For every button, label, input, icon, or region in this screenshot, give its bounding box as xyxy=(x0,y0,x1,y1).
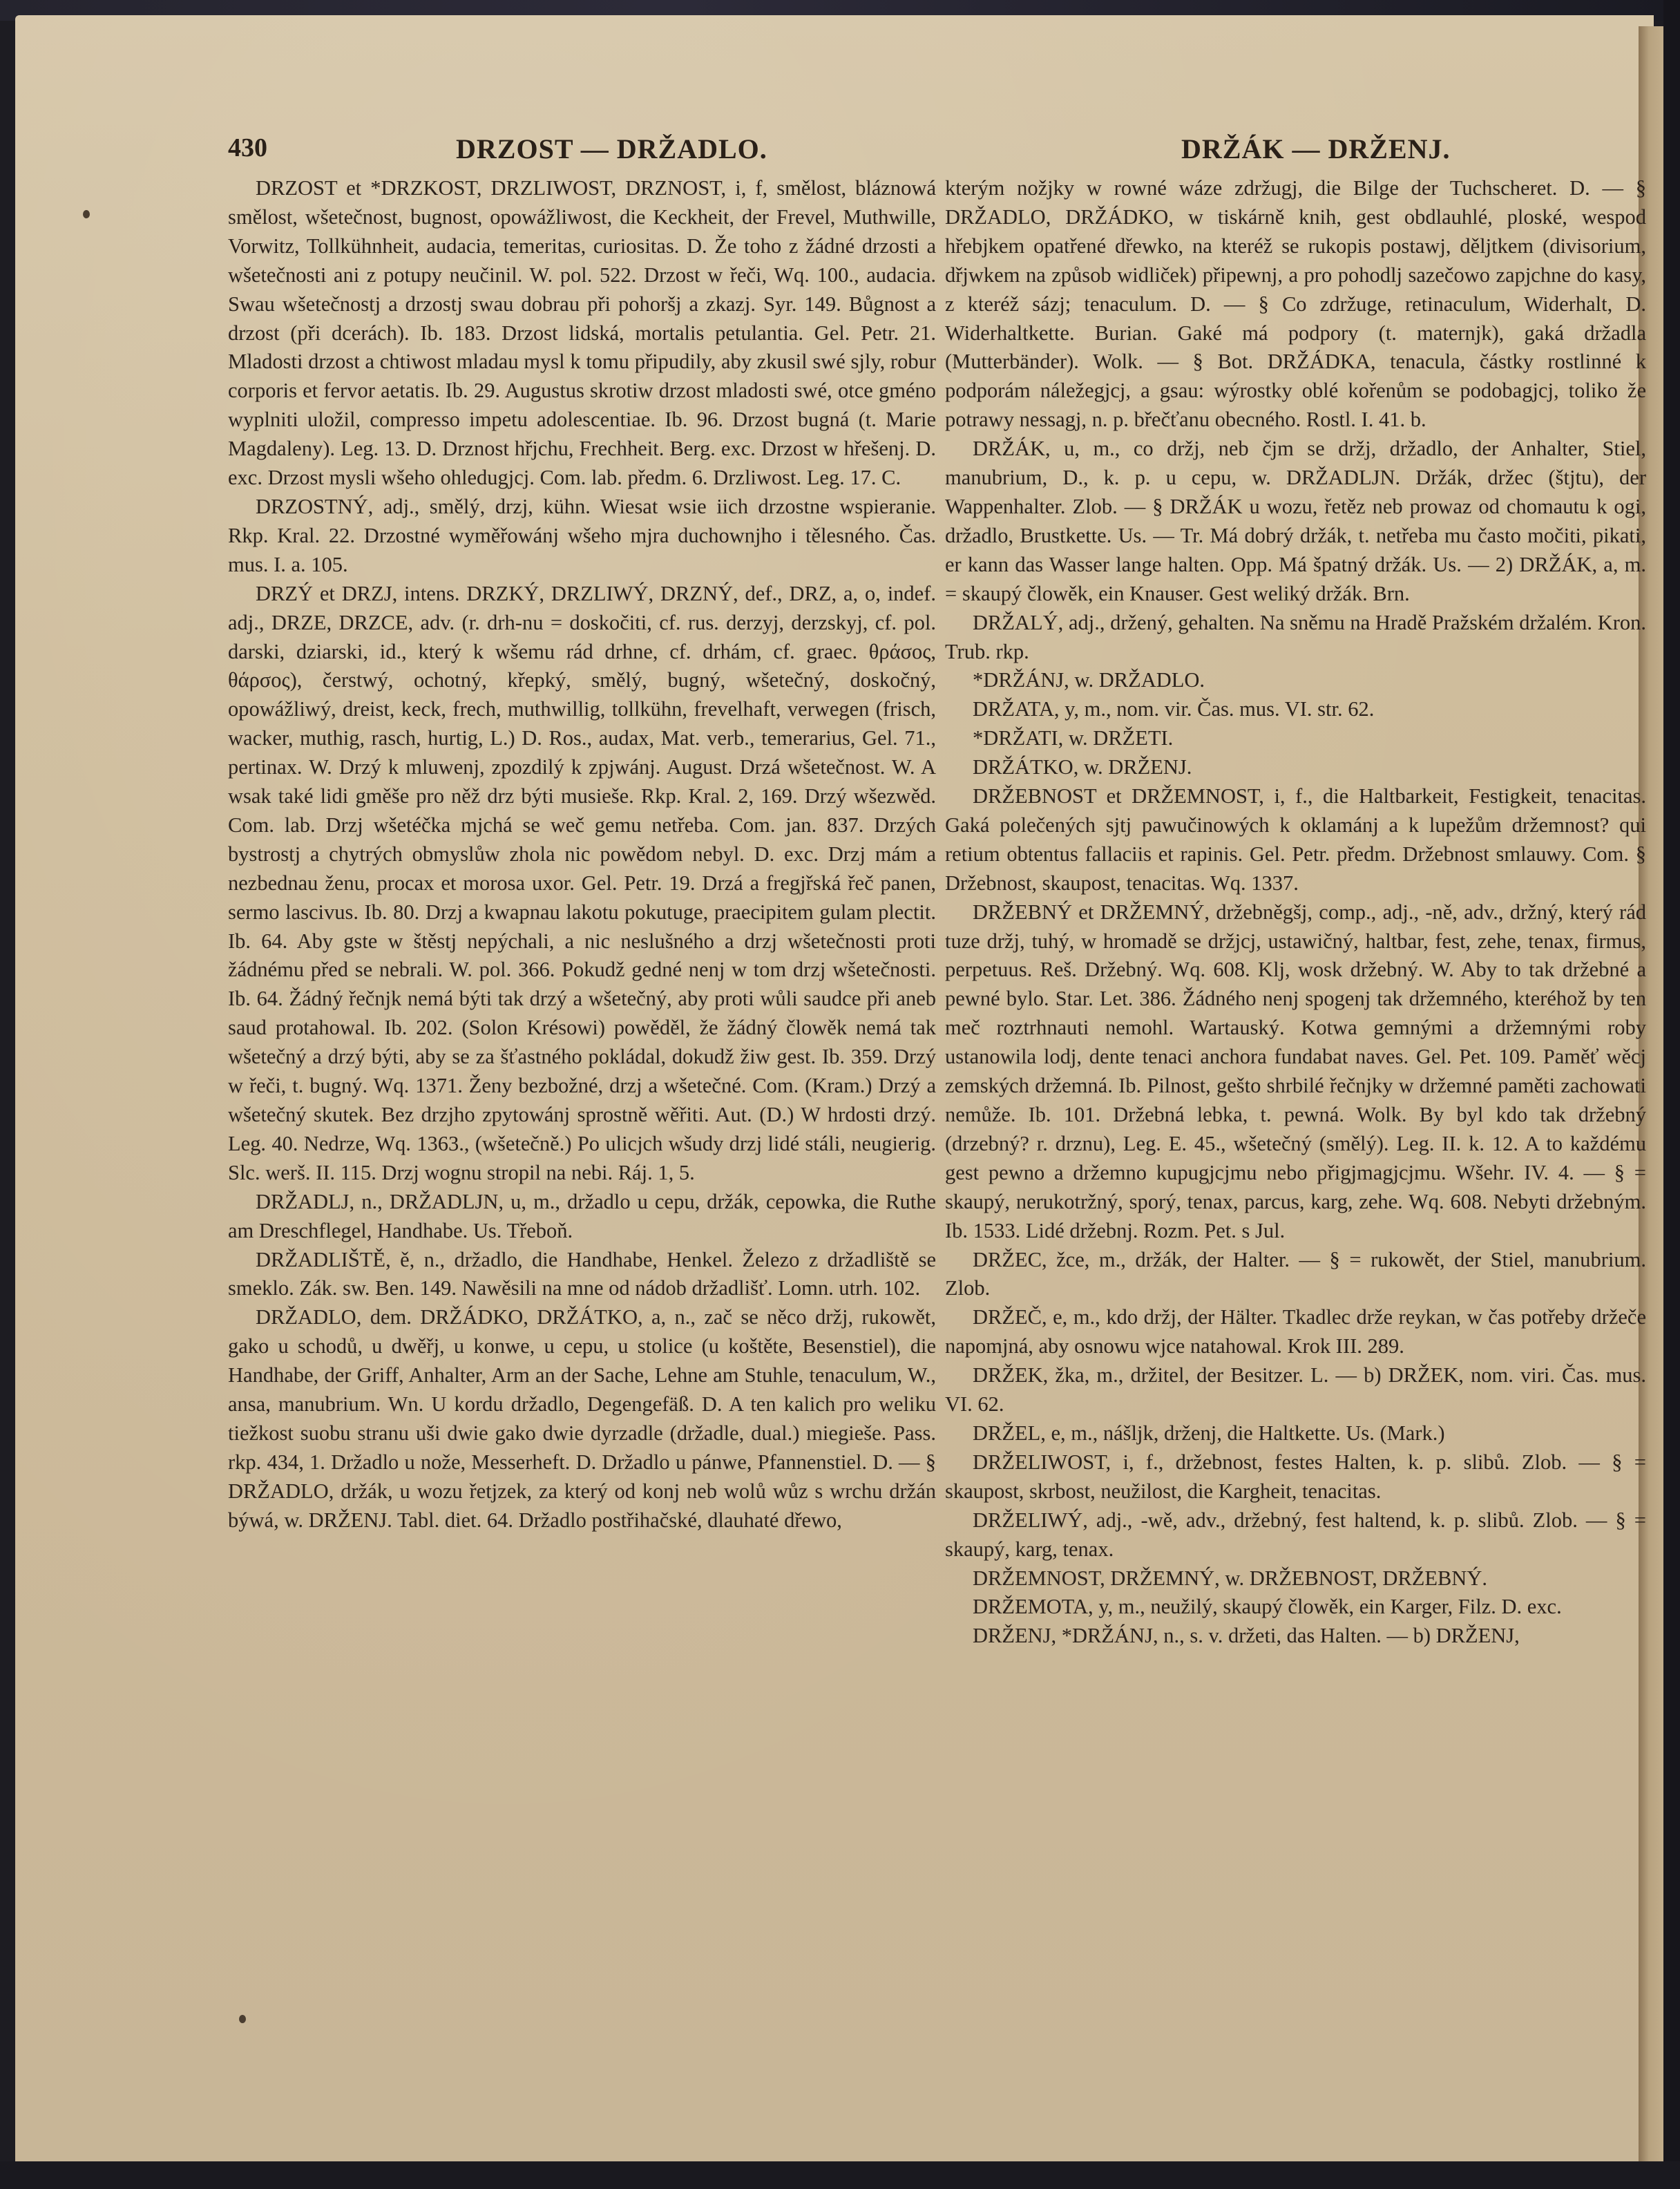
paper-speck xyxy=(239,2015,246,2023)
entry-drzemnost: DRŽEMNOST, DRŽEMNÝ, w. DRŽEBNOST, DRŽEBN… xyxy=(945,1564,1646,1593)
running-head-right: DRŽÁK — DRŽENJ. xyxy=(1181,133,1450,165)
scan-right-border xyxy=(1663,0,1680,2189)
entry-drzati: *DRŽATI, w. DRŽETI. xyxy=(945,724,1646,753)
entry-drzek: DRŽEK, žka, m., držitel, der Besitzer. L… xyxy=(945,1361,1646,1419)
entry-drzaly: DRŽALÝ, adj., držený, gehalten. Na sněmu… xyxy=(945,609,1646,667)
entry-drzy: DRZÝ et DRZJ, intens. DRZKÝ, DRZLIWÝ, DR… xyxy=(228,580,936,1188)
page-number: 430 xyxy=(228,133,267,163)
entry-drzebny: DRŽEBNÝ et DRŽEMNÝ, držebněgšj, comp., a… xyxy=(945,898,1646,1246)
entry-drzec-2: DRŽEČ, e, m., kdo držj, der Hälter. Tkad… xyxy=(945,1303,1646,1361)
entry-drzenj: DRŽENJ, *DRŽÁNJ, n., s. v. držeti, das H… xyxy=(945,1622,1646,1651)
entry-drzec: DRŽEC, žce, m., držák, der Halter. — § =… xyxy=(945,1246,1646,1304)
entry-drzebnost: DRŽEBNOST et DRŽEMNOST, i, f., die Haltb… xyxy=(945,782,1646,898)
entry-drzanj: *DRŽÁNJ, w. DRŽADLO. xyxy=(945,666,1646,695)
entry-drzata: DRŽATA, y, m., nom. vir. Čas. mus. VI. s… xyxy=(945,695,1646,724)
page-header: 430 DRZOST — DRŽADLO. DRŽÁK — DRŽENJ. xyxy=(228,133,1623,167)
entry-drzostny: DRZOSTNÝ, adj., smělý, drzj, kühn. Wiesa… xyxy=(228,493,936,580)
entry-drzatko: DRŽÁTKO, w. DRŽENJ. xyxy=(945,753,1646,782)
running-head-left: DRZOST — DRŽADLO. xyxy=(456,133,767,165)
scan-bottom-border xyxy=(0,2161,1680,2189)
entry-drzadlo-continued: kterým nožjky w rowné wáze zdržugj, die … xyxy=(945,174,1646,435)
entry-drzeliwost: DRŽELIWOST, i, f., držebnost, festes Hal… xyxy=(945,1448,1646,1506)
entry-drzost: DRZOST et *DRZKOST, DRZLIWOST, DRZNOST, … xyxy=(228,174,936,493)
entry-drzeliwy: DRŽELIWÝ, adj., -wě, adv., držebný, fest… xyxy=(945,1506,1646,1564)
right-column: kterým nožjky w rowné wáze zdržugj, die … xyxy=(945,174,1646,1651)
entry-drzadlj: DRŽADLJ, n., DRŽADLJN, u, m., držadlo u … xyxy=(228,1188,936,1246)
entry-drzadliste: DRŽADLIŠTĚ, ě, n., držadlo, die Handhabe… xyxy=(228,1246,936,1304)
entry-drzadlo: DRŽADLO, dem. DRŽÁDKO, DRŽÁTKO, a, n., z… xyxy=(228,1303,936,1535)
entry-drzemota: DRŽEMOTA, y, m., neužilý, skaupý člowěk,… xyxy=(945,1593,1646,1622)
entry-drzak: DRŽÁK, u, m., co držj, neb čjm se držj, … xyxy=(945,435,1646,608)
left-column: DRZOST et *DRZKOST, DRZLIWOST, DRZNOST, … xyxy=(228,174,936,1535)
paper-speck xyxy=(83,210,90,218)
entry-drzel: DRŽEL, e, m., nášljk, drženj, die Haltke… xyxy=(945,1419,1646,1448)
